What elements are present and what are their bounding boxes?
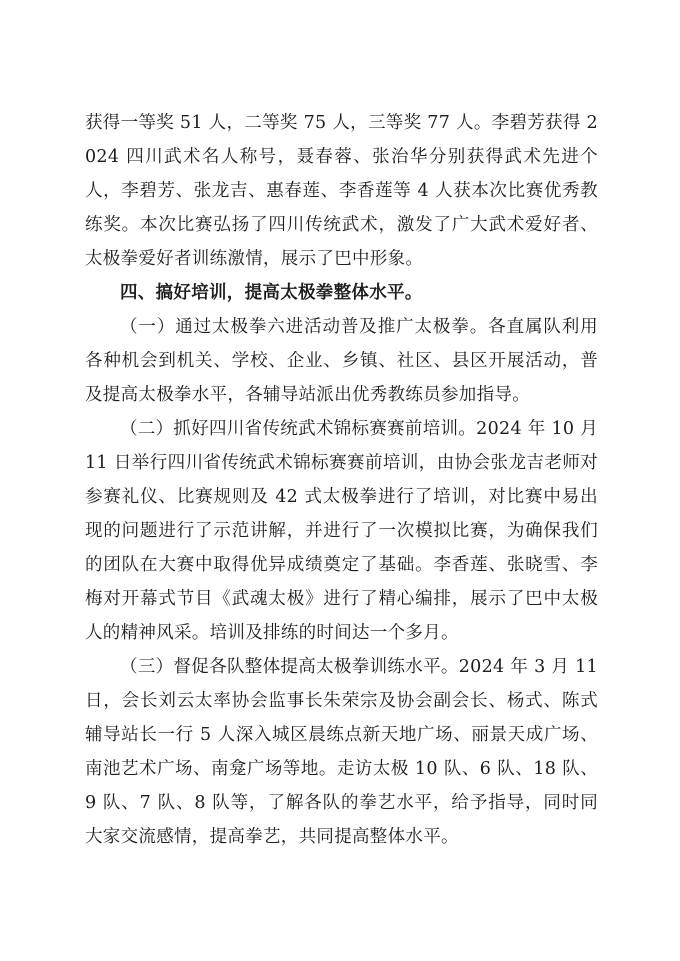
section-heading-4: 四、搞好培训，提高太极拳整体水平。 — [85, 276, 598, 310]
paragraph-item-2: （二）抓好四川省传统武术锦标赛赛前培训。2024 年 10 月 11 日举行四川… — [85, 412, 598, 650]
document-text-block: 获得一等奖 51 人，二等奖 75 人，三等奖 77 人。李碧芳获得 2024 … — [85, 106, 598, 854]
paragraph-awards-summary: 获得一等奖 51 人，二等奖 75 人，三等奖 77 人。李碧芳获得 2024 … — [85, 106, 598, 276]
document-page: 获得一等奖 51 人，二等奖 75 人，三等奖 77 人。李碧芳获得 2024 … — [0, 0, 680, 961]
paragraph-item-1: （一）通过太极拳六进活动普及推广太极拳。各直属队利用各种机会到机关、学校、企业、… — [85, 310, 598, 412]
paragraph-item-3: （三）督促各队整体提高太极拳训练水平。2024 年 3 月 11 日，会长刘云太… — [85, 650, 598, 854]
